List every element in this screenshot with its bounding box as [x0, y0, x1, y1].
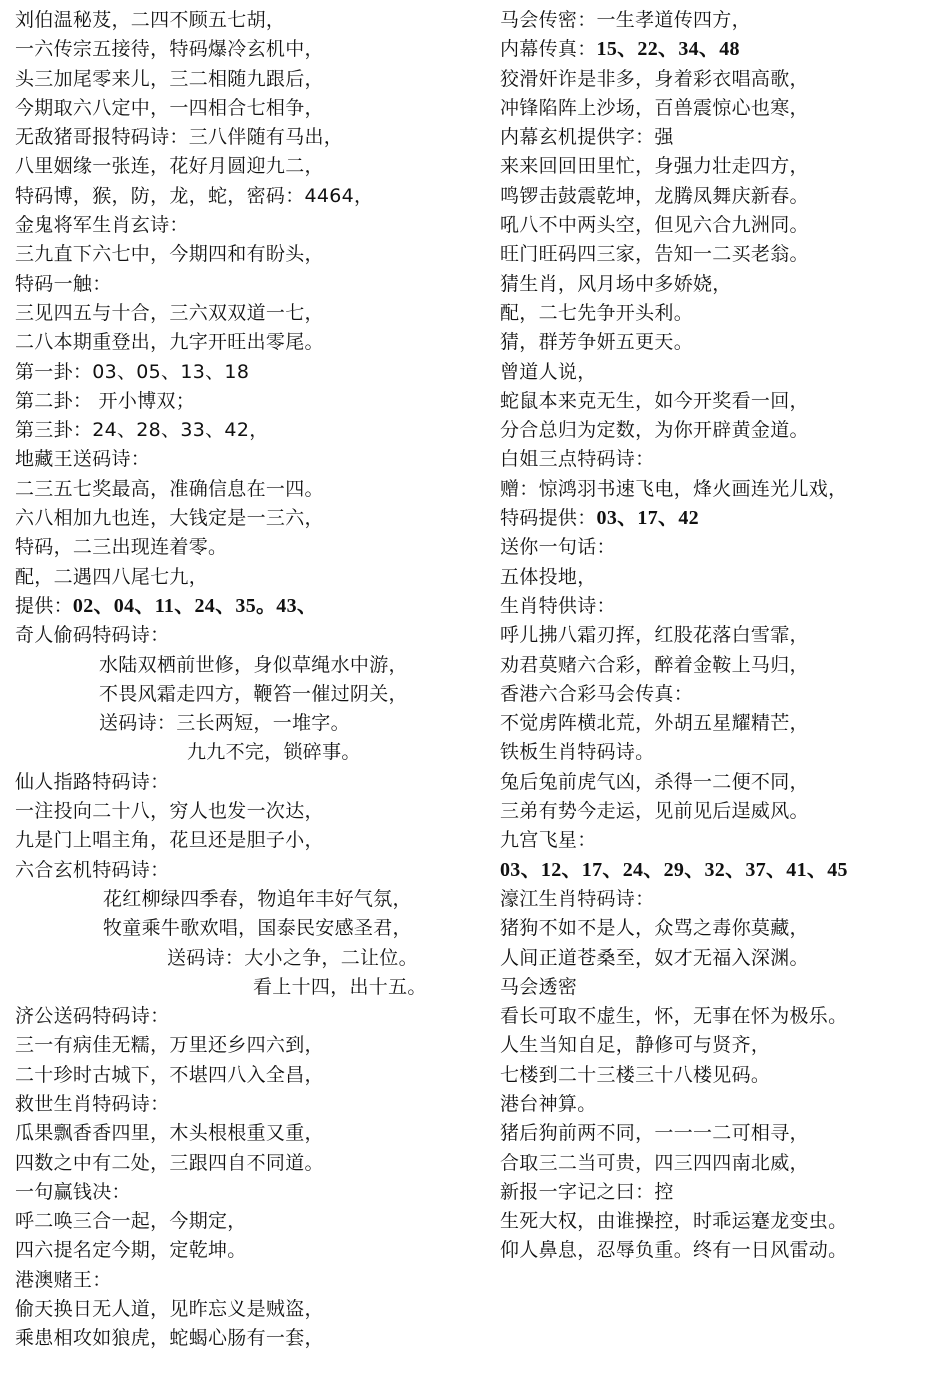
text-line: 三弟有势今走运，见前见后逞威风。 [500, 797, 930, 826]
text-line: 特码博，猴，防，龙，蛇，密码：4464， [15, 182, 475, 211]
text-line: 配，二遇四八尾七九， [15, 563, 475, 592]
section-heading: 送你一句话： [500, 533, 930, 562]
text-line: 水陆双栖前世修，身似草绳水中游， [15, 651, 475, 680]
number-label: 提供： [15, 595, 73, 617]
text-line: 一六传宗五接待，特码爆冷玄机中， [15, 35, 475, 64]
text-line: 蛇鼠本来克无生，如今开奖看一回， [500, 387, 930, 416]
section-heading: 曾道人说， [500, 358, 930, 387]
text-line: 猪狗不如不是人，众骂之毒你莫藏， [500, 914, 930, 943]
section-heading: 地藏王送码诗： [15, 445, 475, 474]
text-line: 旺门旺码四三家，告知一二买老翁。 [500, 240, 930, 269]
text-line: 偷天换日无人道，见昨忘义是贼盗， [15, 1295, 475, 1324]
text-line: 九是门上唱主角，花旦还是胆子小， [15, 826, 475, 855]
text-line: 四六提名定今期，定乾坤。 [15, 1236, 475, 1265]
section-heading: 奇人偷码特码诗： [15, 621, 475, 650]
number-list: 03、12、17、24、29、32、37、41、45 [500, 859, 848, 881]
text-line: 第二卦： 开小博双； [15, 387, 475, 416]
section-heading: 一句赢钱决： [15, 1178, 475, 1207]
text-line: 今期取六八定中，一四相合七相争， [15, 94, 475, 123]
text-line: 分合总归为定数，为你开辟黄金道。 [500, 416, 930, 445]
text-line: 生死大权，由谁操控，时乖运蹇龙变虫。 [500, 1207, 930, 1236]
text-line: 配，二七先争开头利。 [500, 299, 930, 328]
text-line: 狡滑奸诈是非多，身着彩衣唱高歌， [500, 65, 930, 94]
text-line: 劝君莫赌六合彩，醉着金鞍上马归， [500, 651, 930, 680]
text-line: 五体投地， [500, 563, 930, 592]
text-line: 合取三二当可贵，四三四四南北威， [500, 1149, 930, 1178]
text-line: 兔后兔前虎气凶，杀得一二便不同， [500, 768, 930, 797]
number-line: 特码提供：03、17、42 [500, 504, 930, 533]
text-line: 头三加尾零来儿，三二相随九跟后， [15, 65, 475, 94]
text-line: 来来回回田里忙，身强力壮走四方， [500, 152, 930, 181]
section-heading: 港台神算。 [500, 1090, 930, 1119]
number-list: 03、17、42 [597, 507, 699, 529]
text-line: 六八相加九也连，大钱定是一三六， [15, 504, 475, 533]
section-heading: 生肖特供诗： [500, 592, 930, 621]
text-line: 第三卦：24、28、33、42， [15, 416, 475, 445]
section-heading: 铁板生肖特码诗。 [500, 738, 930, 767]
text-line: 赠：惊鸿羽书速飞电，烽火画连光儿戏， [500, 475, 930, 504]
text-line: 猜生肖，风月场中多娇娆， [500, 270, 930, 299]
text-line: 二八本期重登出，九字开旺出零尾。 [15, 328, 475, 357]
text-line: 特码，二三出现连着零。 [15, 533, 475, 562]
text-line: 三见四五与十合，三六双双道一七， [15, 299, 475, 328]
section-heading: 救世生肖特码诗： [15, 1090, 475, 1119]
text-line: 花红柳绿四季春，物追年丰好气氛， [15, 885, 475, 914]
text-line: 八里姻缘一张连，花好月圆迎九二， [15, 152, 475, 181]
left-column: 刘伯温秘芨，二四不顾五七胡， 一六传宗五接待，特码爆冷玄机中， 头三加尾零来儿，… [15, 6, 475, 1354]
text-line: 二三五七奖最高，准确信息在一四。 [15, 475, 475, 504]
text-line: 送码诗：大小之争，二让位。 [15, 944, 475, 973]
text-line: 马会传密：一生孝道传四方， [500, 6, 930, 35]
text-line: 鸣锣击鼓震乾坤，龙腾凤舞庆新春。 [500, 182, 930, 211]
number-line: 03、12、17、24、29、32、37、41、45 [500, 856, 930, 885]
text-line: 送码诗：三长两短，一堆字。 [15, 709, 475, 738]
number-list: 15、22、34、48 [597, 38, 740, 60]
section-heading: 仙人指路特码诗： [15, 768, 475, 797]
section-heading: 济公送码特码诗： [15, 1002, 475, 1031]
text-line: 四数之中有二处，三跟四自不同道。 [15, 1149, 475, 1178]
text-line: 无敌猪哥报特码诗：三八伴随有马出， [15, 123, 475, 152]
text-line: 呼儿拂八霜刃挥，红股花落白雪霏， [500, 621, 930, 650]
right-column: 马会传密：一生孝道传四方， 内幕传真：15、22、34、48 狡滑奸诈是非多，身… [500, 6, 930, 1266]
section-heading: 濠江生肖特码诗： [500, 885, 930, 914]
number-list: 02、04、11、24、35。43、 [73, 595, 317, 617]
text-line: 仰人鼻息，忍辱负重。终有一日风雷动。 [500, 1236, 930, 1265]
text-line: 呼二唤三合一起，今期定， [15, 1207, 475, 1236]
text-line: 新报一字记之曰：控 [500, 1178, 930, 1207]
text-line: 二十珍时古城下，不堪四八入全昌， [15, 1061, 475, 1090]
text-line: 不畏风霜走四方，鞭笞一催过阴关， [15, 680, 475, 709]
text-line: 牧童乘牛歌欢唱，国泰民安感圣君， [15, 914, 475, 943]
text-line: 三九直下六七中，今期四和有盼头， [15, 240, 475, 269]
text-line: 看上十四，出十五。 [15, 973, 475, 1002]
text-line: 猪后狗前两不同，一一一二可相寻， [500, 1119, 930, 1148]
section-heading: 九宫飞星： [500, 826, 930, 855]
section-heading: 六合玄机特码诗： [15, 856, 475, 885]
text-line: 人生当知自足，静修可与贤齐， [500, 1031, 930, 1060]
number-line: 提供：02、04、11、24、35。43、 [15, 592, 475, 621]
text-line: 不觉虏阵横北荒，外胡五星耀精芒， [500, 709, 930, 738]
text-line: 乘患相攻如狼虎，蛇蝎心肠有一套， [15, 1324, 475, 1353]
number-line: 内幕传真：15、22、34、48 [500, 35, 930, 64]
text-line: 第一卦：03、05、13、18 [15, 358, 475, 387]
text-line: 七楼到二十三楼三十八楼见码。 [500, 1061, 930, 1090]
text-line: 内幕玄机提供字：强 [500, 123, 930, 152]
text-line: 冲锋陷阵上沙场，百兽震惊心也寒， [500, 94, 930, 123]
text-line: 看长可取不虚生，怀，无事在怀为极乐。 [500, 1002, 930, 1031]
number-label: 特码提供： [500, 507, 597, 529]
section-heading: 特码一触： [15, 270, 475, 299]
section-heading: 马会透密 [500, 973, 930, 1002]
section-heading: 港澳赌王： [15, 1266, 475, 1295]
text-line: 九九不完，锁碎事。 [15, 738, 475, 767]
text-line: 一注投向二十八，穷人也发一次达， [15, 797, 475, 826]
text-line: 瓜果飘香香四里，木头根根重又重， [15, 1119, 475, 1148]
number-label: 内幕传真： [500, 38, 597, 60]
section-heading: 金鬼将军生肖玄诗： [15, 211, 475, 240]
text-line: 人间正道苍桑至，奴才无福入深渊。 [500, 944, 930, 973]
text-line: 三一有病佳无糯，万里还乡四六到， [15, 1031, 475, 1060]
text-line: 吼八不中两头空，但见六合九洲同。 [500, 211, 930, 240]
section-heading: 白姐三点特码诗： [500, 445, 930, 474]
section-heading: 香港六合彩马会传真： [500, 680, 930, 709]
text-line: 刘伯温秘芨，二四不顾五七胡， [15, 6, 475, 35]
text-line: 猜，群芳争妍五更天。 [500, 328, 930, 357]
